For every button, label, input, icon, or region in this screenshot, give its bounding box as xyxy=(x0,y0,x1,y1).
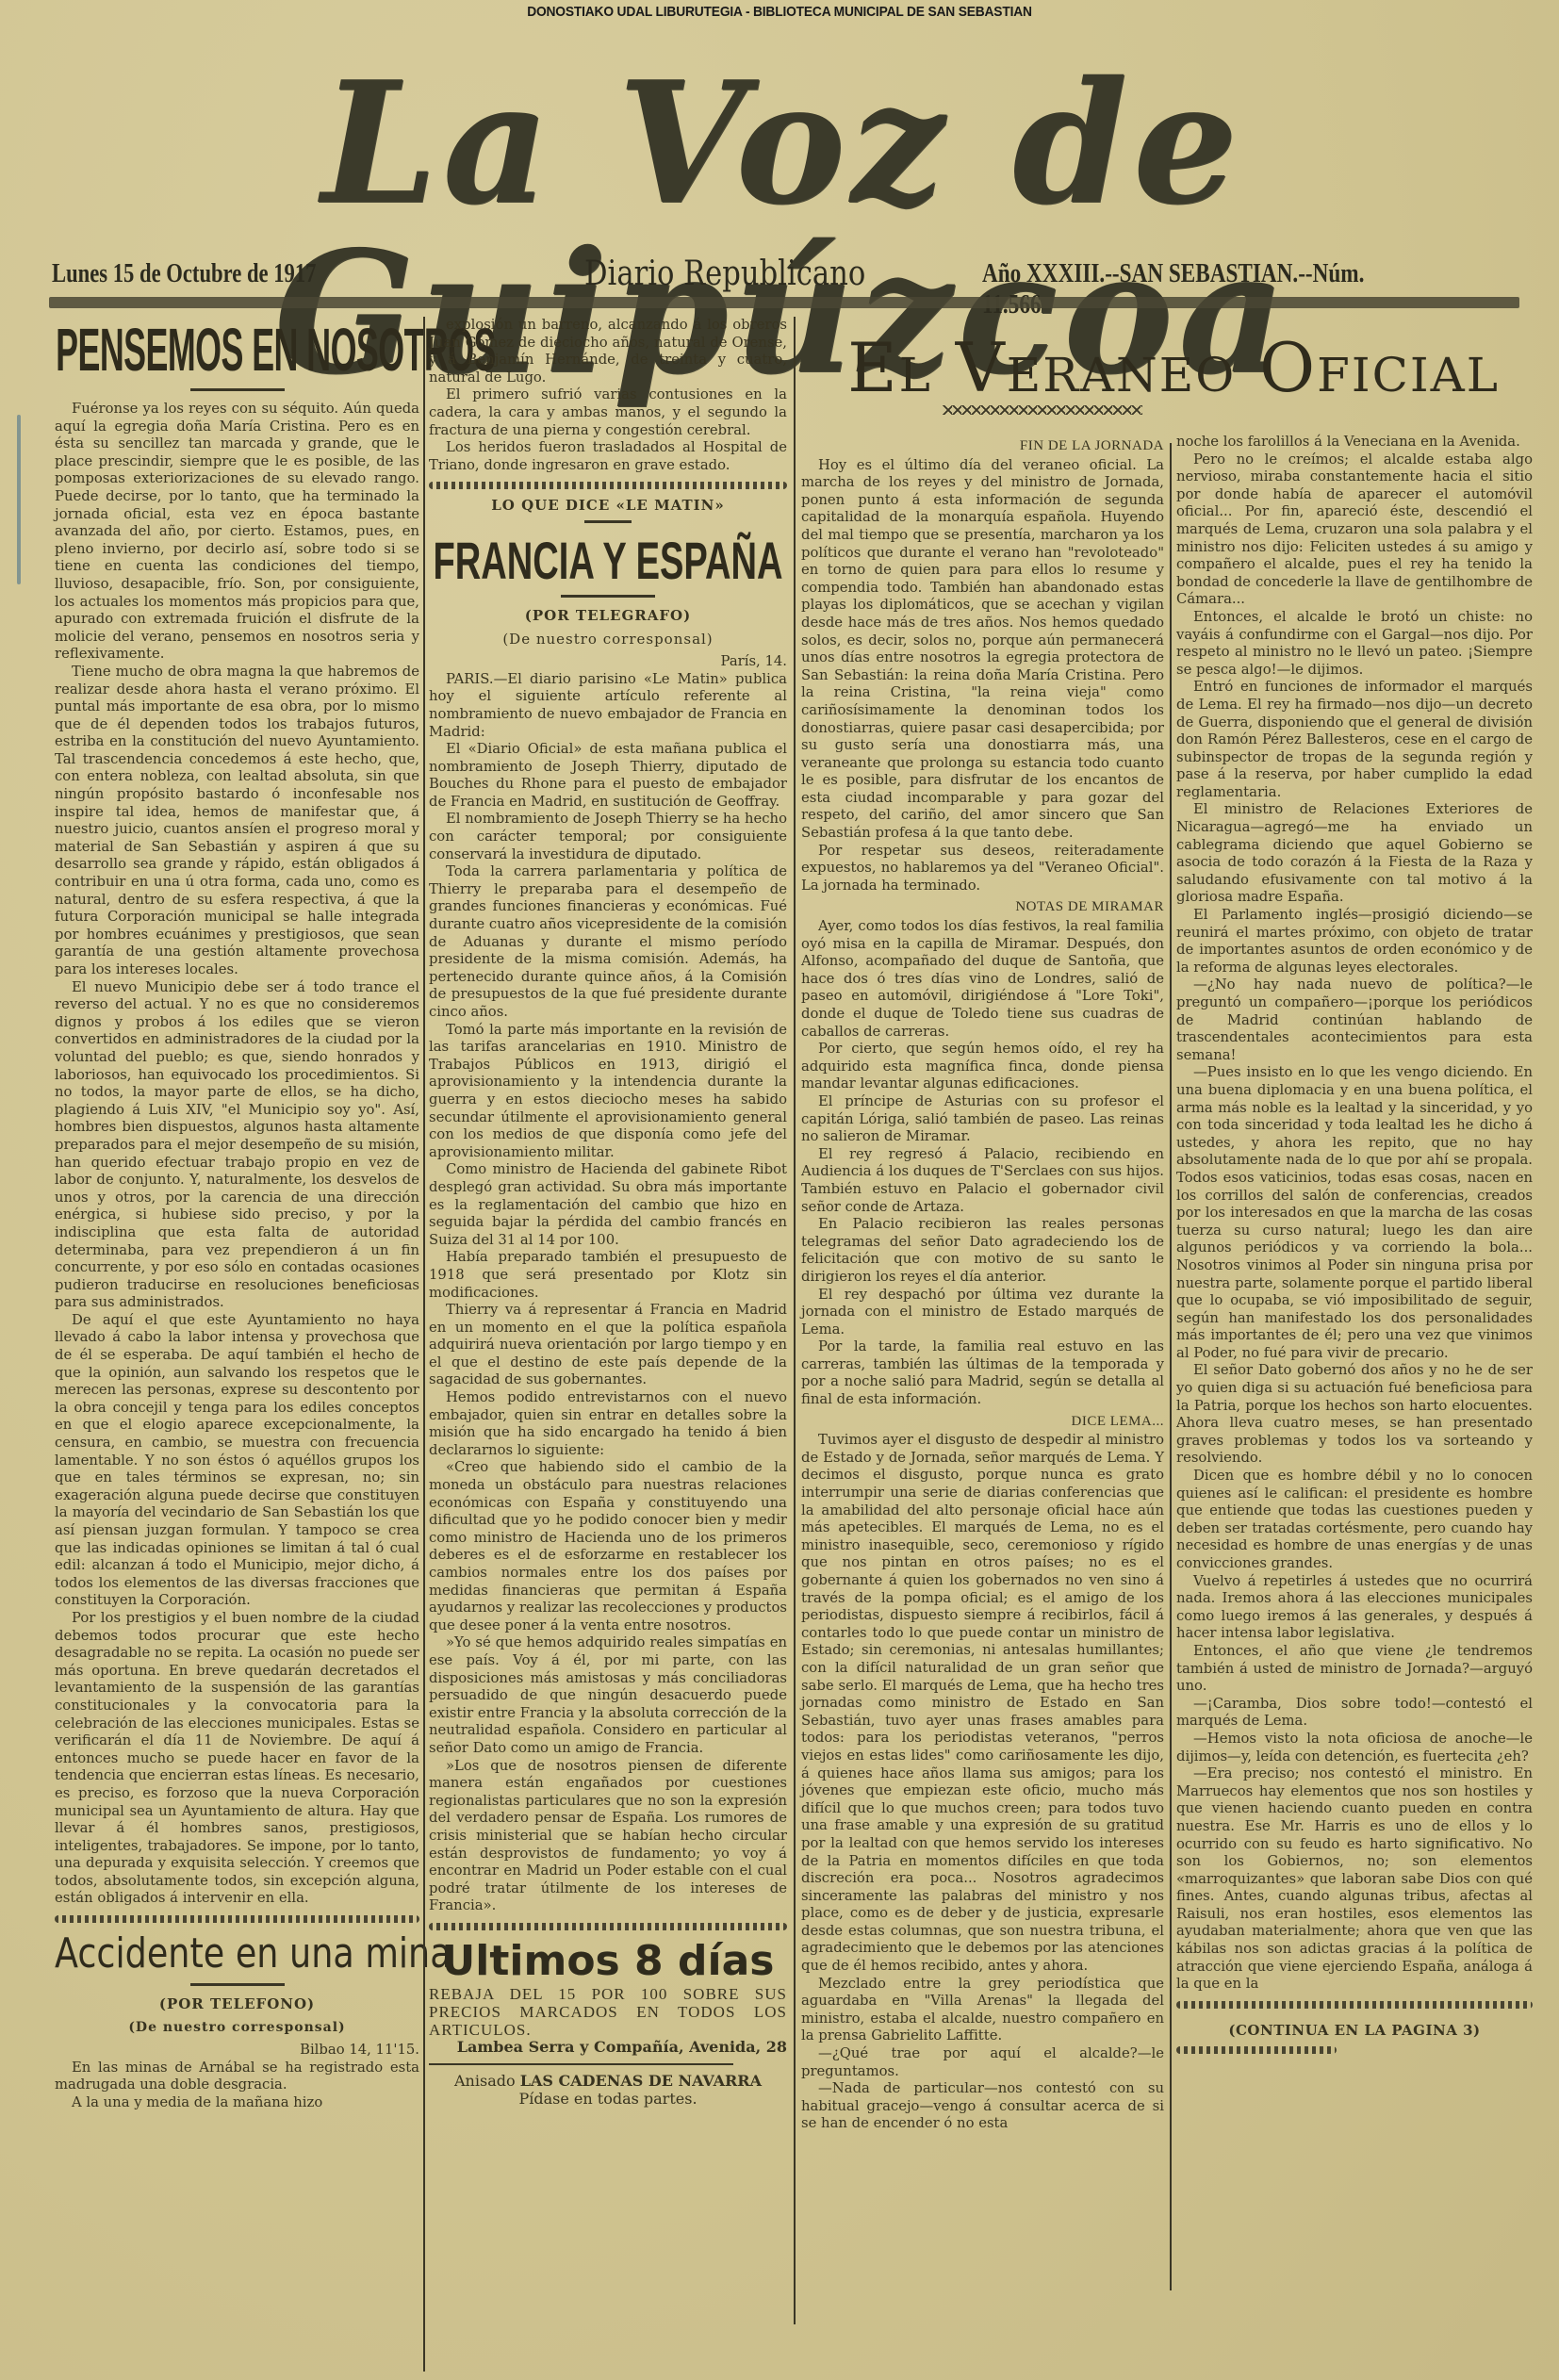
ornament-rule xyxy=(584,520,632,523)
article-headline-accidente: Accidente en una mina xyxy=(55,1930,357,1978)
article-body-veraneo-part1: FIN DE LA JORNADAHoy es el último día de… xyxy=(801,437,1164,2133)
ad-anisado: Anisado LAS CADENAS DE NAVARRA xyxy=(429,2073,787,2091)
masthead-rule xyxy=(49,297,1519,308)
paragraph: —Hemos visto la nota oficiosa de anoche—… xyxy=(1176,1731,1533,1765)
paragraph: El ministro de Relaciones Exteriores de … xyxy=(1176,801,1533,907)
ad-divider xyxy=(429,2063,733,2065)
column-divider xyxy=(794,317,796,2324)
column-4: noche los farolillos á la Veneciana en l… xyxy=(1176,434,1533,2061)
headline-rule xyxy=(561,595,655,598)
paragraph: Entró en funciones de informador el marq… xyxy=(1176,679,1533,801)
paragraph: Pero no le creímos; el alcalde estaba al… xyxy=(1176,451,1533,609)
paragraph: El «Diario Oficial» de esta mañana publi… xyxy=(429,741,787,811)
paragraph: El rey despachó por última vez durante l… xyxy=(801,1287,1164,1339)
paragraph: Vuelvo á repetirles á ustedes que no ocu… xyxy=(1176,1573,1533,1643)
dateline-bar: Lunes 15 de Octubre de 1917 Diario Repub… xyxy=(28,254,1536,292)
paragraph: Los heridos fueron trasladados al Hospit… xyxy=(429,439,787,474)
wavy-divider xyxy=(429,482,787,489)
paragraph: —Nada de particular—nos contestó con su … xyxy=(801,2080,1164,2133)
column-divider xyxy=(423,317,425,2372)
ad-body-ultimos: REBAJA DEL 15 POR 100 SOBRE SUS PRECIOS … xyxy=(429,1985,787,2039)
paragraph: —¿Qué trae por aquí el alcalde?—le pregu… xyxy=(801,2045,1164,2080)
paragraph: »Los que de nosotros piensen de diferent… xyxy=(429,1758,787,1915)
paragraph: Mezclado entre la grey periodística que … xyxy=(801,1976,1164,2045)
article-headline-veraneo: El Veraneo Oficial xyxy=(815,325,1532,410)
paragraph: El nombramiento de Joseph Thierry se ha … xyxy=(429,811,787,863)
paragraph: Por respetar sus deseos, reiteradamente … xyxy=(801,843,1164,895)
paragraph: Tiene mucho de obra magna la que habremo… xyxy=(55,664,419,979)
paragraph: En Palacio recibieron las reales persona… xyxy=(801,1216,1164,1286)
ad-anisado-prefix: Anisado xyxy=(454,2072,516,2090)
paragraph: Por la tarde, la familia real estuvo en … xyxy=(801,1338,1164,1408)
section-title: DICE LEMA... xyxy=(801,1413,1164,1431)
ink-mark xyxy=(17,415,21,584)
paragraph: Toda la carrera parlamentaria y política… xyxy=(429,863,787,1021)
paragraph: Por cierto, que según hemos oído, el rey… xyxy=(801,1041,1164,1093)
paragraph: El primero sufrió varias contusiones en … xyxy=(429,386,787,439)
newspaper-page: DONOSTIAKO UDAL LIBURUTEGIA - BIBLIOTECA… xyxy=(0,0,1559,2380)
wavy-divider xyxy=(55,1915,419,1923)
paragraph: Hoy es el último día del veraneo oficial… xyxy=(801,457,1164,843)
zigzag-divider xyxy=(943,405,1142,415)
paragraph: Como ministro de Hacienda del gabinete R… xyxy=(429,1161,787,1249)
ad-headline-ultimos: Ultimos 8 días xyxy=(429,1938,787,1985)
accidente-dateline: Bilbao 14, 11'15. xyxy=(55,2042,419,2060)
paragraph: PARIS.—El diario parisino «Le Matin» pub… xyxy=(429,671,787,741)
article-body-pensemos: Fuéronse ya los reyes con su séquito. Aú… xyxy=(55,401,419,1908)
paragraph: Tuvimos ayer el disgusto de despedir al … xyxy=(801,1432,1164,1975)
article-body-veraneo-part2: noche los farolillos á la Veneciana en l… xyxy=(1176,434,1533,1994)
wavy-divider xyxy=(1176,2046,1337,2054)
column-1: PENSEMOS EN NOSOTROS Fuéronse ya los rey… xyxy=(55,317,419,2112)
paragraph: Hemos podido entrevistarnos con el nuevo… xyxy=(429,1389,787,1459)
column-2: explosión un barreno, alcanzando á los o… xyxy=(429,317,787,2109)
paragraph: —¡Caramba, Dios sobre todo!—contestó el … xyxy=(1176,1696,1533,1731)
newspaper-subtitle: Diario Republicano xyxy=(584,254,865,293)
section-title: NOTAS DE MIRAMAR xyxy=(801,898,1164,916)
paragraph: Entonces, el año que viene ¿le tendremos… xyxy=(1176,1643,1533,1696)
column-divider xyxy=(1170,443,1172,2290)
article-headline-pensemos: PENSEMOS EN NOSOTROS xyxy=(56,317,418,383)
issue-date: Lunes 15 de Octubre de 1917 xyxy=(52,258,316,289)
ad-anisado-brand: LAS CADENAS DE NAVARRA xyxy=(520,2072,762,2090)
paragraph: —Era preciso; nos contestó el ministro. … xyxy=(1176,1765,1533,1994)
paragraph: Thierry va á representar á Francia en Ma… xyxy=(429,1302,787,1389)
francia-via: (POR TELEGRAFO) xyxy=(429,607,787,625)
issue-number: Año XXXIII.--SAN SEBASTIAN.--Núm. 11.566 xyxy=(982,258,1425,320)
article-body-accidente-continued: explosión un barreno, alcanzando á los o… xyxy=(429,317,787,474)
paragraph: Tomó la parte más importante en la revis… xyxy=(429,1022,787,1162)
paragraph: Dicen que es hombre débil y no lo conoce… xyxy=(1176,1468,1533,1573)
column-3: FIN DE LA JORNADAHoy es el último día de… xyxy=(801,434,1164,2133)
accidente-via: (POR TELEFONO) xyxy=(55,1995,419,2013)
paragraph: El Parlamento inglés—prosigió diciendo—s… xyxy=(1176,907,1533,977)
ad-anisado-tagline: Pídase en todas partes. xyxy=(429,2091,787,2109)
archive-header: DONOSTIAKO UDAL LIBURUTEGIA - BIBLIOTECA… xyxy=(62,4,1497,20)
article-body-francia: PARIS.—El diario parisino «Le Matin» pub… xyxy=(429,671,787,1915)
article-body-accidente: En las minas de Arnábal se ha registrado… xyxy=(55,2060,419,2112)
paragraph: explosión un barreno, alcanzando á los o… xyxy=(429,317,787,386)
section-title: FIN DE LA JORNADA xyxy=(801,437,1164,455)
paragraph: De aquí el que este Ayuntamiento no haya… xyxy=(55,1312,419,1610)
francia-source: (De nuestro corresponsal) xyxy=(429,631,787,648)
paragraph: —Pues insisto en lo que les vengo dicien… xyxy=(1176,1064,1533,1362)
paragraph: »Yo sé que hemos adquirido reales simpat… xyxy=(429,1634,787,1757)
paragraph: Ayer, como todos los días festivos, la r… xyxy=(801,918,1164,1041)
francia-dateline: París, 14. xyxy=(429,653,787,671)
wavy-divider xyxy=(429,1923,787,1930)
paragraph: A la una y media de la mañana hizo xyxy=(55,2094,419,2112)
paragraph: El nuevo Municipio debe ser á todo tranc… xyxy=(55,979,419,1312)
article-headline-francia: FRANCIA Y ESPAÑA xyxy=(429,533,788,589)
headline-rule xyxy=(190,388,285,391)
paragraph: El príncipe de Asturias con su profesor … xyxy=(801,1093,1164,1146)
wavy-divider xyxy=(1176,2001,1533,2009)
paragraph: Fuéronse ya los reyes con su séquito. Aú… xyxy=(55,401,419,664)
headline-rule xyxy=(190,1983,285,1986)
paragraph: —¿No hay nada nuevo de política?—le preg… xyxy=(1176,977,1533,1064)
paragraph: noche los farolillos á la Veneciana en l… xyxy=(1176,434,1533,451)
continued-notice: (CONTINUA EN LA PAGINA 3) xyxy=(1176,2022,1533,2040)
paragraph: El rey regresó á Palacio, recibiendo en … xyxy=(801,1146,1164,1216)
paragraph: En las minas de Arnábal se ha registrado… xyxy=(55,2060,419,2094)
paragraph: Por los prestigios y el buen nombre de l… xyxy=(55,1610,419,1908)
ad-sponsor: Lambea Serra y Compañía, Avenida, 28 xyxy=(429,2039,787,2057)
paragraph: El señor Dato gobernó dos años y no he d… xyxy=(1176,1362,1533,1468)
francia-kicker: LO QUE DICE «LE MATIN» xyxy=(429,497,787,515)
paragraph: Entonces, el alcalde le brotó un chiste:… xyxy=(1176,609,1533,679)
paragraph: «Creo que habiendo sido el cambio de la … xyxy=(429,1459,787,1634)
paragraph: Había preparado también el presupuesto d… xyxy=(429,1249,787,1302)
accidente-source: (De nuestro corresponsal) xyxy=(55,2019,419,2037)
